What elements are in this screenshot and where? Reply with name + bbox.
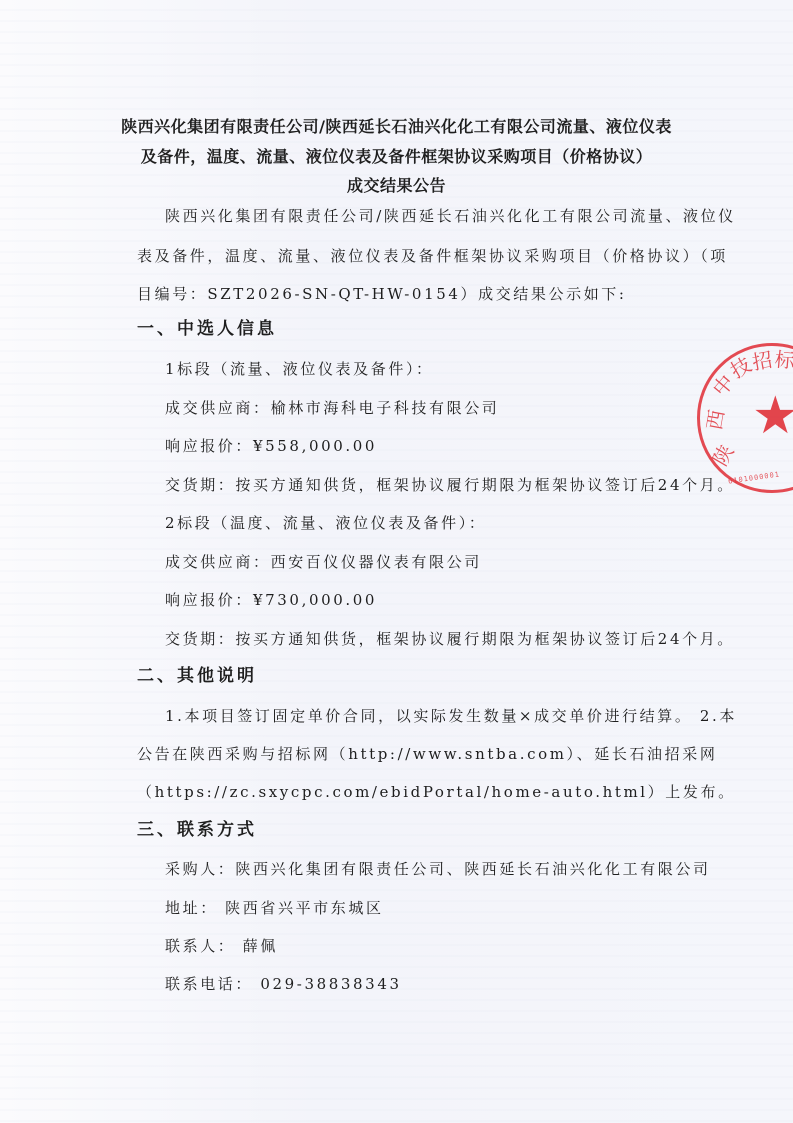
contact-purchaser: 采购人：陕西兴化集团有限责任公司、陕西延长石油兴化化工有限公司 bbox=[165, 859, 711, 879]
contact-person: 联系人： 薛佩 bbox=[165, 936, 278, 956]
lot-2-delivery: 交货期：按买方通知供货，框架协议履行期限为框架协议签订后24个月。 bbox=[165, 629, 735, 649]
intro-line-3: 目编号：SZT2026-SN-QT-HW-0154）成交结果公示如下: bbox=[137, 284, 627, 304]
other-line-2: 公告在陕西采购与招标网（http://www.sntba.com）、延长石油招采… bbox=[137, 744, 717, 764]
document-title-line-2: 及备件，温度、流量、液位仪表及备件框架协议采购项目（价格协议） bbox=[0, 147, 793, 167]
lot-1-price: 响应报价：¥558,000.00 bbox=[165, 436, 377, 456]
lot-1-label: 1标段（流量、液位仪表及备件）： bbox=[165, 359, 434, 379]
lot-2-price: 响应报价：¥730,000.00 bbox=[165, 590, 377, 610]
contact-phone: 联系电话： 029-38838343 bbox=[165, 974, 402, 994]
lot-1-delivery: 交货期：按买方通知供货，框架协议履行期限为框架协议签订后24个月。 bbox=[165, 475, 735, 495]
document-title-line-1: 陕西兴化集团有限责任公司/陕西延长石油兴化化工有限公司流量、液位仪表 bbox=[0, 117, 793, 137]
other-line-3: （https://zc.sxycpc.com/ebidPortal/home-a… bbox=[137, 782, 736, 802]
lot-2-supplier: 成交供应商：西安百仪仪器仪表有限公司 bbox=[165, 552, 482, 572]
lot-1-supplier: 成交供应商：榆林市海科电子科技有限公司 bbox=[165, 398, 499, 418]
document-page: 陕西兴化集团有限责任公司/陕西延长石油兴化化工有限公司流量、液位仪表 及备件，温… bbox=[0, 0, 793, 1123]
contact-address: 地址： 陕西省兴平市东城区 bbox=[165, 898, 384, 918]
section-heading-contact: 三、联系方式 bbox=[137, 819, 257, 841]
seal-star-icon: ★ bbox=[752, 390, 793, 442]
intro-line-2: 表及备件，温度、流量、液位仪表及备件框架协议采购项目（价格协议）（项 bbox=[137, 246, 728, 266]
section-heading-other: 二、其他说明 bbox=[137, 665, 257, 687]
other-line-1: 1.本项目签订固定单价合同，以实际发生数量×成交单价进行结算。 2.本 bbox=[165, 706, 737, 726]
seal-char: 标 bbox=[774, 343, 793, 374]
lot-2-label: 2标段（温度、流量、液位仪表及备件）： bbox=[165, 513, 486, 533]
section-heading-winners: 一、中选人信息 bbox=[137, 318, 277, 340]
intro-line-1: 陕西兴化集团有限责任公司/陕西延长石油兴化化工有限公司流量、液位仪 bbox=[165, 206, 736, 226]
document-subtitle: 成交结果公告 bbox=[0, 176, 793, 196]
